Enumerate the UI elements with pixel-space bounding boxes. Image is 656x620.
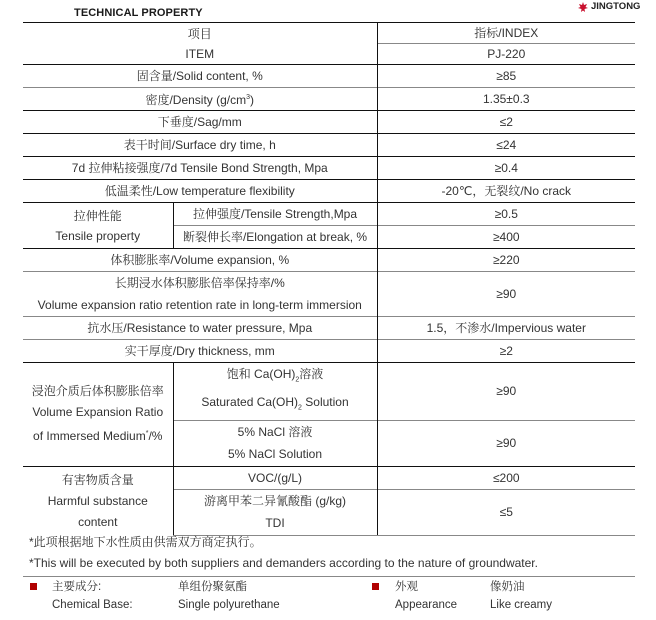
table-row: 实干厚度/Dry thickness, mm ≥2 — [23, 340, 635, 363]
row-item: 5% NaCl 溶液 5% NaCl Solution — [173, 420, 377, 466]
item-header-cn: 项目 — [23, 24, 377, 44]
footer-divider — [23, 576, 635, 577]
brand-logo: JINGTONG — [578, 1, 640, 12]
row-item-cn: 饱和 Ca(OH)2溶液 — [174, 363, 377, 391]
row-item: 游离甲苯二异氰酸酯 (g/kg) TDI — [173, 489, 377, 535]
harmful-group-en2: content — [23, 512, 173, 533]
table-row: 固含量/Solid content, % ≥85 — [23, 65, 635, 88]
row-value: ≤200 — [377, 466, 635, 489]
label-cn: 外观 — [395, 578, 457, 596]
row-item: 固含量/Solid content, % — [23, 65, 377, 88]
row-item: 体积膨胀率/Volume expansion, % — [23, 249, 377, 272]
row-item-en: 5% NaCl Solution — [174, 443, 377, 465]
immersed-group-en1: Volume Expansion Ratio — [23, 402, 173, 423]
tensile-group-en: Tensile property — [23, 226, 173, 246]
index-header: 指标/INDEX — [377, 23, 635, 44]
density-label: 密度/Density (g/cm — [145, 93, 246, 107]
label-en: Chemical Base: — [52, 596, 133, 614]
row-value: ≥220 — [377, 249, 635, 272]
table-row: 低温柔性/Low temperature flexibility -20℃，无裂… — [23, 180, 635, 203]
row-item-cn: 长期浸水体积膨胀倍率保持率/% — [23, 272, 377, 294]
row-item: VOC/(g/L) — [173, 466, 377, 489]
table-row: 表干时间/Surface dry time, h ≤24 — [23, 134, 635, 157]
immersed-group-unit: /% — [148, 429, 162, 443]
table-row: 密度/Density (g/cm3) 1.35±0.3 — [23, 88, 635, 111]
table-row: 下垂度/Sag/mm ≤2 — [23, 111, 635, 134]
table-row: 长期浸水体积膨胀倍率保持率/% Volume expansion ratio r… — [23, 272, 635, 317]
row-item-cn: 5% NaCl 溶液 — [174, 421, 377, 443]
text: Solution — [302, 395, 349, 409]
table-header-row: 项目 ITEM 指标/INDEX — [23, 23, 635, 44]
text: 溶液 — [299, 367, 323, 381]
model-header: PJ-220 — [377, 44, 635, 65]
row-item: 下垂度/Sag/mm — [23, 111, 377, 134]
page-title: TECHNICAL PROPERTY — [74, 7, 203, 19]
note-en: *This will be executed by both suppliers… — [29, 556, 538, 570]
note-cn: *此项根据地下水性质由供需双方商定执行。 — [29, 533, 262, 550]
brand-name: JINGTONG — [591, 1, 640, 12]
row-item-en: TDI — [174, 512, 377, 534]
value-cn: 像奶油 — [490, 578, 552, 596]
harmful-group-en1: Harmful substance — [23, 491, 173, 512]
table-row: 7d 拉伸粘接强度/7d Tensile Bond Strength, Mpa … — [23, 157, 635, 180]
row-value: ≥0.4 — [377, 157, 635, 180]
row-value: ≤5 — [377, 489, 635, 535]
row-item: 长期浸水体积膨胀倍率保持率/% Volume expansion ratio r… — [23, 272, 377, 317]
appearance-label: 外观 Appearance — [395, 578, 457, 614]
value-cn: 单组份聚氨酯 — [178, 578, 280, 596]
row-value: ≥0.5 — [377, 203, 635, 226]
row-value: ≤24 — [377, 134, 635, 157]
table-row: 体积膨胀率/Volume expansion, % ≥220 — [23, 249, 635, 272]
row-item-en: Saturated Ca(OH)2 Solution — [174, 391, 377, 419]
row-item: 饱和 Ca(OH)2溶液 Saturated Ca(OH)2 Solution — [173, 363, 377, 421]
immersed-group-en2: of Immersed Medium*/% — [23, 423, 173, 447]
table-row: 浸泡介质后体积膨胀倍率 Volume Expansion Ratio of Im… — [23, 363, 635, 421]
row-item-en: Volume expansion ratio retention rate in… — [23, 294, 377, 316]
text: 饱和 Ca(OH) — [227, 367, 296, 381]
tensile-group: 拉伸性能 Tensile property — [23, 203, 173, 249]
row-value: ≥90 — [377, 363, 635, 421]
bullet-icon — [372, 583, 379, 590]
row-item-cn: 游离甲苯二异氰酸酯 (g/kg) — [174, 490, 377, 512]
chemical-base-label: 主要成分: Chemical Base: — [52, 578, 133, 614]
table-row: 有害物质含量 Harmful substance content VOC/(g/… — [23, 466, 635, 489]
row-item: 低温柔性/Low temperature flexibility — [23, 180, 377, 203]
row-value: -20℃，无裂纹/No crack — [377, 180, 635, 203]
row-item: 实干厚度/Dry thickness, mm — [23, 340, 377, 363]
table-row: 拉伸性能 Tensile property 拉伸强度/Tensile Stren… — [23, 203, 635, 226]
label-en: Appearance — [395, 596, 457, 614]
row-item: 表干时间/Surface dry time, h — [23, 134, 377, 157]
technical-property-table: 项目 ITEM 指标/INDEX PJ-220 固含量/Solid conten… — [23, 22, 635, 536]
item-header-en: ITEM — [23, 44, 377, 64]
row-item: 断裂伸长率/Elongation at break, % — [173, 226, 377, 249]
row-value: ≥90 — [377, 420, 635, 466]
row-value: ≥2 — [377, 340, 635, 363]
row-value: 1.35±0.3 — [377, 88, 635, 111]
row-item: 抗水压/Resistance to water pressure, Mpa — [23, 317, 377, 340]
row-item: 密度/Density (g/cm3) — [23, 88, 377, 111]
value-en: Like creamy — [490, 596, 552, 614]
text: Saturated Ca(OH) — [201, 395, 298, 409]
bullet-icon — [30, 583, 37, 590]
row-value: ≥400 — [377, 226, 635, 249]
row-value: ≤2 — [377, 111, 635, 134]
item-header: 项目 ITEM — [23, 23, 377, 65]
row-value: ≥85 — [377, 65, 635, 88]
immersed-group: 浸泡介质后体积膨胀倍率 Volume Expansion Ratio of Im… — [23, 363, 173, 467]
harmful-group-cn: 有害物质含量 — [23, 470, 173, 491]
row-item: 7d 拉伸粘接强度/7d Tensile Bond Strength, Mpa — [23, 157, 377, 180]
value-en: Single polyurethane — [178, 596, 280, 614]
table-row: 抗水压/Resistance to water pressure, Mpa 1.… — [23, 317, 635, 340]
immersed-group-cn: 浸泡介质后体积膨胀倍率 — [23, 381, 173, 402]
row-value: ≥90 — [377, 272, 635, 317]
tensile-group-cn: 拉伸性能 — [23, 206, 173, 226]
maple-leaf-icon — [578, 2, 588, 12]
density-close: ) — [250, 93, 254, 107]
chemical-base-value: 单组份聚氨酯 Single polyurethane — [178, 578, 280, 614]
harmful-group: 有害物质含量 Harmful substance content — [23, 466, 173, 535]
row-value: 1.5，不渗水/Impervious water — [377, 317, 635, 340]
appearance-value: 像奶油 Like creamy — [490, 578, 552, 614]
row-item: 拉伸强度/Tensile Strength,Mpa — [173, 203, 377, 226]
immersed-group-en2-text: of Immersed Medium — [33, 429, 146, 443]
label-cn: 主要成分: — [52, 578, 133, 596]
